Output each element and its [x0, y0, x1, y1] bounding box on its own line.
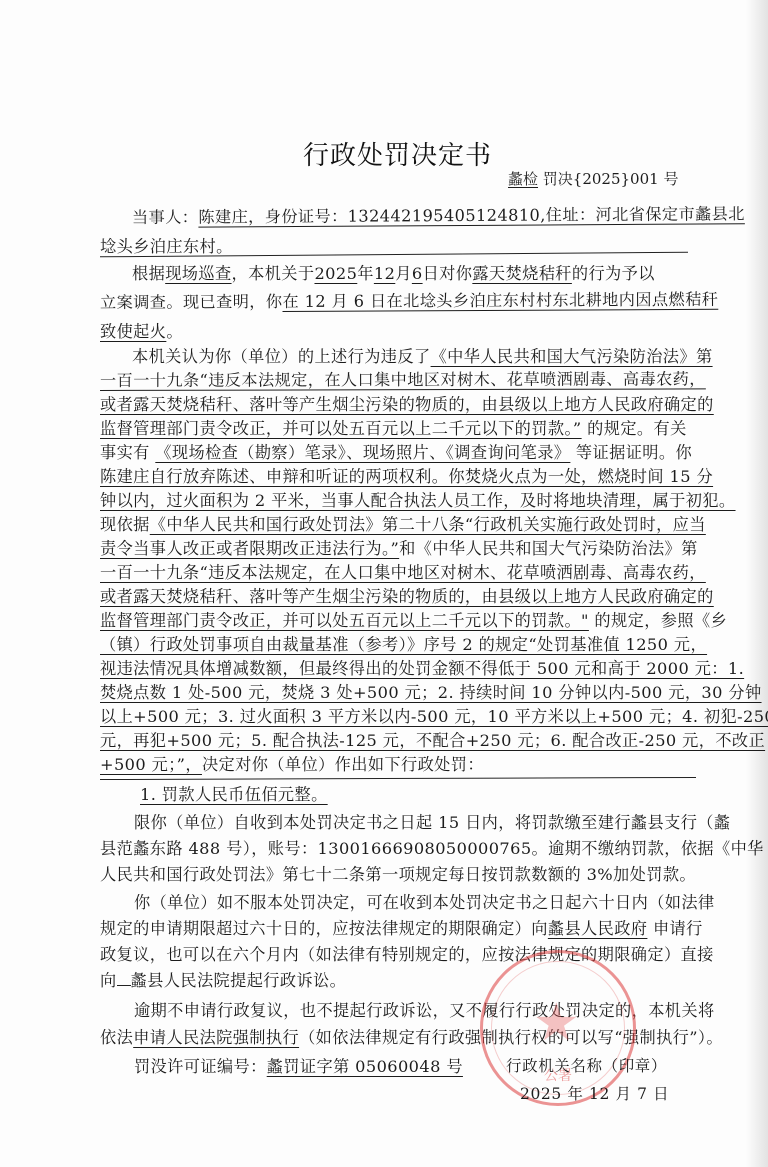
line-underlined: （镇）行政处罚事项自由裁量基准（参考）》序号 2 的规定“处罚基准值 1250 …: [100, 635, 707, 654]
document-page: 行政处罚决定书 蠡检 罚决{2025}001 号 当事人：陈建庄，身份证号：13…: [0, 0, 768, 1167]
basis-text: 根据: [132, 264, 165, 283]
line-underlined: 《中华人民共和国行政处罚法》第二十八条“行政机关实施行政处罚时，应当: [150, 515, 706, 534]
issuing-authority-label: 行政机关名称（印章）: [506, 1054, 667, 1076]
violation-line: 或者露天焚烧秸秆、落叶等产生烟尘污染的物质的，由县级以上地方人民政府确定的: [100, 586, 714, 608]
violation-line: 监督管理部门责令改正，并可以处五百元以上二千元以下的罚款。" 的规定，参照《乡: [100, 610, 727, 632]
blank-underline: [117, 985, 131, 986]
issue-date: 2025 年 12 月 7 日: [520, 1082, 669, 1104]
payment-line: 人民共和国行政处罚法》第七十二条第一项规定每日按罚款数额的 3%加处罚款。: [100, 864, 696, 886]
appeal-line: 规定的申请期限超过六十日的，应按法律规定的期限确定）向蠡县人民政府 申请行: [100, 918, 703, 940]
line-text: 决定对你（单位）作出如下行政处罚：: [202, 755, 484, 774]
line-text: 向: [100, 971, 117, 990]
line-underlined: +500 元；”，: [100, 755, 202, 774]
page-edge-shadow: [746, 0, 768, 1167]
party-address-end: 埝头乡泊庄东村。: [100, 237, 233, 256]
line-underlined: 一百一十九条“违反本法规定，在人口集中地区对树木、花草喷洒剧毒、高毒农药，: [100, 369, 706, 390]
line-underlined: 一百一十九条“违反本法规定，在人口集中地区对树木、花草喷洒剧毒、高毒农药，: [100, 563, 706, 582]
payment-line: 限你（单位）自收到本处罚决定书之日起 15 日内，将罚款缴至建行蠡县支行（蠡: [134, 812, 730, 834]
penalty-amount: 1. 罚款人民币伍佰元整。: [140, 785, 328, 804]
basis-text: ，本机关于: [232, 264, 315, 283]
line-underlined: 焚烧点数 1 处-500 元，焚烧 3 处+500 元；2. 持续时间 10 分…: [100, 683, 762, 702]
appeal-line: 向蠡县人民法院提起行政诉讼。: [100, 970, 346, 992]
basis-day: 6: [412, 264, 423, 283]
party-info: 陈建庄，身份证号：132442195405124810,住址：河北省保定市蠡县北: [198, 204, 745, 226]
document-number-rest: 罚决{2025}001 号: [543, 170, 679, 188]
basis-line-1: 根据现场巡查，本机关于2025年12月6日对你露天焚烧秸秆的行为予以: [132, 263, 655, 285]
document-number-prefix: 蠡检: [508, 170, 538, 188]
violation-line: （镇）行政处罚事项自由裁量基准（参考）》序号 2 的规定“处罚基准值 1250 …: [100, 634, 707, 656]
basis-text: 。: [166, 322, 183, 341]
violation-line: 以上+500 元；3. 过火面积 3 平方米以内-500 元，10 平方米以上+…: [100, 706, 768, 728]
basis-line-3: 致使起火。: [100, 321, 183, 343]
violation-line: 责令当事人改正或者限期改正违法行为。”和《中华人民共和国大气污染防治法》第: [100, 538, 698, 560]
violation-line: 一百一十九条“违反本法规定，在人口集中地区对树木、花草喷洒剧毒、高毒农药，: [100, 562, 706, 584]
basis-text: 年: [357, 264, 374, 283]
violation-line: 一百一十九条“违反本法规定，在人口集中地区对树木、花草喷洒剧毒、高毒农药，: [100, 368, 706, 392]
star-icon: ★: [533, 993, 580, 1053]
basis-text: 的行为予以: [572, 264, 655, 283]
party-line-1: 当事人：陈建庄，身份证号：132442195405124810,住址：河北省保定…: [132, 203, 745, 229]
basis-text: 月: [395, 264, 412, 283]
basis-year: 2025: [314, 264, 357, 283]
document-title: 行政处罚决定书: [303, 135, 492, 172]
basis-text: 日对你: [423, 264, 473, 283]
appeal-government: 蠡县人民政府: [548, 919, 648, 938]
violation-line: +500 元；”，决定对你（单位）作出如下行政处罚：: [100, 754, 484, 776]
violation-line: 本机关认为你（单位）的上述行为违反了《中华人民共和国大气污染防治法》第: [132, 346, 713, 368]
line-text: 现依据: [100, 515, 150, 534]
line-text: 本机关认为你（单位）的上述行为违反了: [132, 347, 431, 366]
line-underlined: 监督管理部门责令改正，并可以处五百元以上二千元以下的罚款。”: [100, 419, 582, 438]
violation-line: 焚烧点数 1 处-500 元，焚烧 3 处+500 元；2. 持续时间 10 分…: [100, 682, 762, 704]
line-underlined: 《现场检查（勘察）笔录》、现场照片、《调查询问笔录》: [155, 443, 570, 462]
violation-line: 钟以内，过火面积为 2 平米，当事人配合执法人员工作，及时将地块清理，属于初犯。: [100, 490, 736, 512]
violation-line: 现依据《中华人民共和国行政处罚法》第二十八条“行政机关实施行政处罚时，应当: [100, 514, 706, 536]
violation-line: 事实有 《现场检查（勘察）笔录》、现场照片、《调查询问笔录》 等证据证明。你: [100, 442, 692, 464]
line-underlined: 陈建庄自行放弃陈述、申辩和听证的两项权利。你焚烧火点为一处，燃烧时间 15 分: [100, 467, 713, 486]
line-underlined: 视违法情况具体增减数额，但最终得出的处罚金额不得低于 500 元和高于 2000…: [100, 659, 744, 678]
appeal-court: 蠡县人民法院提起行政诉讼。: [131, 971, 347, 990]
violation-line: 或者露天焚烧秸秆、落叶等产生烟尘污染的物质的，由县级以上地方人民政府确定的: [100, 394, 714, 416]
violation-line: 陈建庄自行放弃陈述、申辩和听证的两项权利。你焚烧火点为一处，燃烧时间 15 分: [100, 466, 713, 488]
document-number: 蠡检 罚决{2025}001 号: [508, 168, 678, 189]
license-label: 罚没许可证编号：: [134, 1057, 267, 1076]
line-underlined: 元，再犯+500 元；5. 配合执法-125 元，不配合+250 元；6. 配合…: [100, 731, 765, 750]
basis-text: 立案调查。现已查明，你: [100, 292, 283, 312]
license-number: 蠡罚证字第 05060048 号: [267, 1057, 463, 1076]
violation-line: 元，再犯+500 元；5. 配合执法-125 元，不配合+250 元；6. 配合…: [100, 730, 765, 752]
payment-line: 县范蠡东路 488 号），账号：13001666908050000765。逾期不…: [100, 838, 764, 860]
violation-line: 视违法情况具体增减数额，但最终得出的处罚金额不得低于 500 元和高于 2000…: [100, 658, 744, 680]
basis-month: 12: [374, 264, 395, 283]
line-underlined: 责令当事人改正或者限期改正违法行为。”: [100, 539, 399, 558]
appeal-line: 你（单位）如不服本处罚决定，可在收到本处罚决定书之日起六十日内（如法律: [134, 892, 715, 914]
line-underlined: 《中华人民共和国大气污染防治法》第: [431, 347, 713, 366]
line-text: 的规定。有关: [582, 419, 687, 438]
basis-fact: 在 12 月 6 日在北埝头乡泊庄东村村东北耕地内因点燃秸秆: [282, 290, 718, 311]
line-text: 事实有: [100, 443, 155, 462]
basis-fact-end: 致使起火: [100, 322, 166, 341]
line-text: 的规定，参照《乡: [589, 611, 727, 630]
line-text: 依法: [100, 1028, 133, 1047]
penalty-line: 1. 罚款人民币伍佰元整。: [140, 784, 328, 806]
enforcement-method: 申请人民法院强制执行: [133, 1028, 299, 1047]
line-underlined: 以上+500 元；3. 过火面积 3 平方米以内-500 元，10 平方米以上+…: [100, 707, 768, 726]
line-underlined: 或者露天焚烧秸秆、落叶等产生烟尘污染的物质的，由县级以上地方人民政府确定的: [100, 395, 714, 414]
basis-line-2: 立案调查。现已查明，你在 12 月 6 日在北埝头乡泊庄东村村东北耕地内因点燃秸…: [100, 289, 718, 314]
line-underlined: 监督管理部门责令改正，并可以处五百元以上二千元以下的罚款。": [100, 611, 589, 630]
appeal-line: 政复议，也可以在六个月内（如法律有特别规定的，应按法律规定的期限确定）直接: [100, 944, 714, 966]
decision-divider: [100, 777, 696, 780]
line-text: 和《中华人民共和国大气污染防治法》第: [399, 539, 698, 558]
line-text: 等证据证明。你: [570, 443, 692, 462]
line-text: 申请行: [647, 919, 702, 938]
line-underlined: 钟以内，过火面积为 2 平米，当事人配合执法人员工作，及时将地块清理，属于初犯。: [100, 491, 736, 510]
violation-line: 监督管理部门责令改正，并可以处五百元以上二千元以下的罚款。” 的规定。有关: [100, 418, 687, 440]
basis-act: 露天焚烧秸秆: [472, 264, 572, 283]
line-underlined: 或者露天焚烧秸秆、落叶等产生烟尘污染的物质的，由县级以上地方人民政府确定的: [100, 587, 714, 606]
line-text: 规定的申请期限超过六十日的，应按法律规定的期限确定）向: [100, 919, 548, 938]
party-label: 当事人：: [132, 208, 198, 227]
license-line: 罚没许可证编号：蠡罚证字第 05060048 号: [134, 1056, 463, 1078]
basis-source: 现场巡查: [165, 264, 231, 283]
